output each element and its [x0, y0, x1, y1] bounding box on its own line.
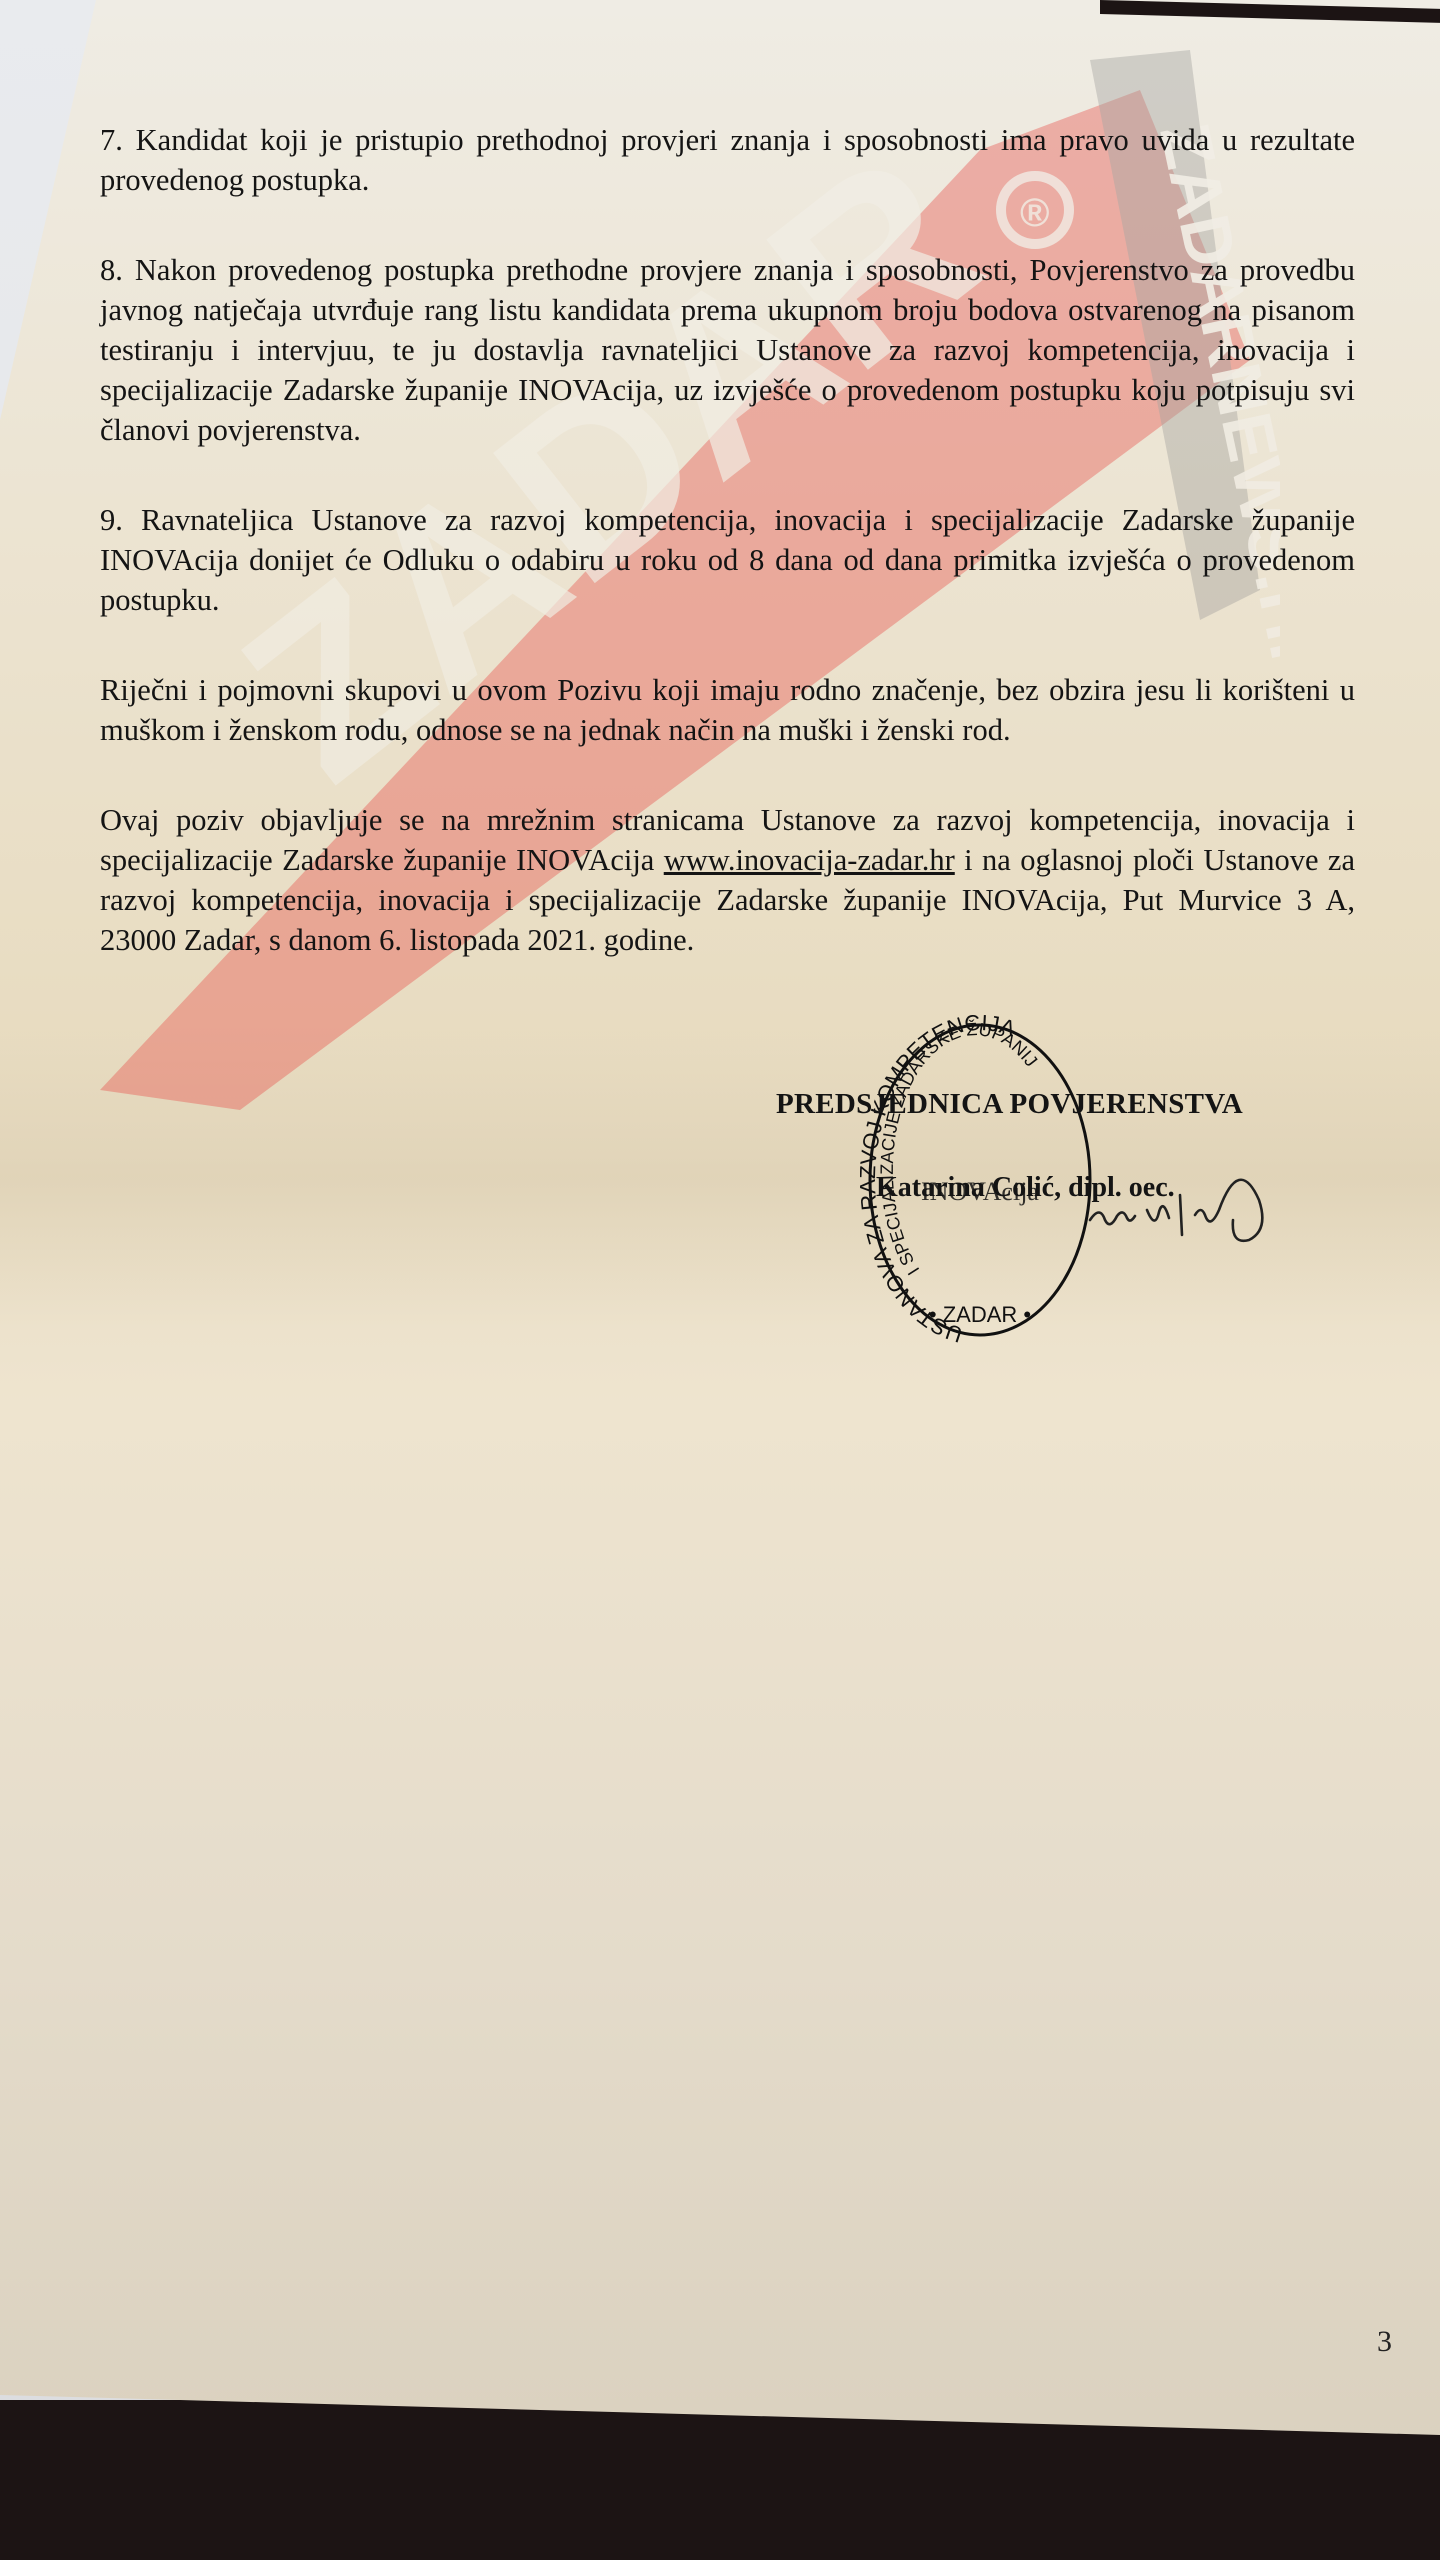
- paragraph-text: Nakon provedenog postupka prethodne prov…: [100, 253, 1355, 447]
- signature-title: PREDSJEDNICA POVJERENSTVA: [776, 1088, 1243, 1121]
- document-body: 7. Kandidat koji je pristupio prethodnoj…: [100, 120, 1355, 1010]
- website-link[interactable]: www.inovacija-zadar.hr: [664, 843, 955, 877]
- paragraph-text: Ravnateljica Ustanove za razvoj kompeten…: [100, 503, 1355, 617]
- handwritten-signature: [1085, 1170, 1305, 1260]
- publication-paragraph: Ovaj poziv objavljuje se na mrežnim stra…: [100, 800, 1355, 960]
- paragraph-number: 9.: [100, 503, 123, 537]
- paragraph-number: 8.: [100, 253, 123, 287]
- paragraph-text: Riječni i pojmovni skupovi u ovom Pozivu…: [100, 673, 1355, 747]
- paragraph-number: 7.: [100, 123, 123, 157]
- page-number: 3: [1377, 2325, 1392, 2359]
- paragraph-7: 7. Kandidat koji je pristupio prethodnoj…: [100, 120, 1355, 200]
- gender-note-paragraph: Riječni i pojmovni skupovi u ovom Pozivu…: [100, 670, 1355, 750]
- paragraph-text: Kandidat koji je pristupio prethodnoj pr…: [100, 123, 1355, 197]
- stamp-bottom-text: • ZADAR •: [929, 1302, 1031, 1327]
- paragraph-9: 9. Ravnateljica Ustanove za razvoj kompe…: [100, 500, 1355, 620]
- paragraph-8: 8. Nakon provedenog postupka prethodne p…: [100, 250, 1355, 450]
